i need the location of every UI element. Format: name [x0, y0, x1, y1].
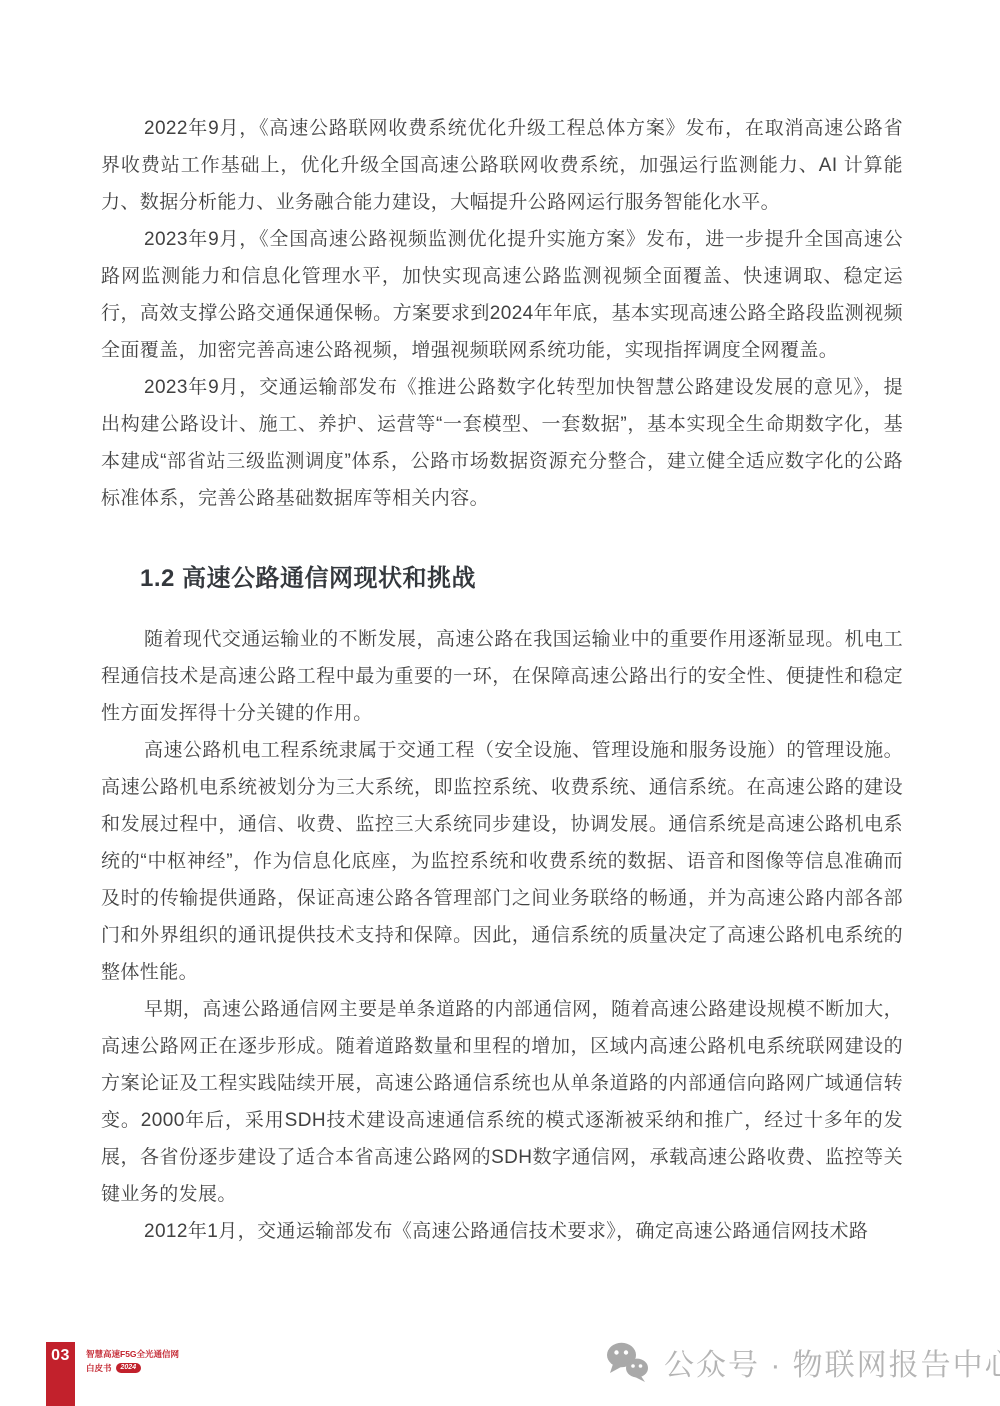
wechat-banner: 公众号 · 物联网报告中心	[606, 1340, 1000, 1384]
doc-meta: 智慧高速F5G全光通信网 白皮书 2024	[86, 1347, 179, 1375]
doc-subtitle-row: 白皮书 2024	[86, 1361, 179, 1375]
document-page: 2022年9月，《高速公路联网收费系统优化升级工程总体方案》发布，在取消高速公路…	[0, 0, 1000, 1406]
paragraph-2023-digital-transform: 2023年9月，交通运输部发布《推进公路数字化转型加快智慧公路建设发展的意见》，…	[101, 369, 903, 517]
section-heading-1-2: 1.2 高速公路通信网现状和挑战	[140, 561, 903, 597]
paragraph-network-evolution: 早期，高速公路通信网主要是单条道路的内部通信网，随着高速公路建设规模不断加大，高…	[101, 991, 903, 1213]
paragraph-2022-toll-upgrade: 2022年9月，《高速公路联网收费系统优化升级工程总体方案》发布，在取消高速公路…	[101, 110, 903, 221]
paragraph-2023-video-monitoring: 2023年9月，《全国高速公路视频监测优化提升实施方案》发布，进一步提升全国高速…	[101, 221, 903, 369]
page-number: 03	[46, 1347, 75, 1365]
page-body: 2022年9月，《高速公路联网收费系统优化升级工程总体方案》发布，在取消高速公路…	[101, 110, 903, 1250]
doc-title: 智慧高速F5G全光通信网	[86, 1347, 179, 1361]
doc-subtitle: 白皮书	[86, 1361, 112, 1375]
wechat-bubbles-icon	[606, 1342, 650, 1382]
page-number-box: 03	[46, 1342, 75, 1406]
paragraph-2012-tech-requirements: 2012年1月，交通运输部发布《高速公路通信技术要求》，确定高速公路通信网技术路	[101, 1213, 903, 1250]
year-badge: 2024	[116, 1363, 142, 1373]
wechat-account-label: 公众号 · 物联网报告中心	[664, 1340, 1000, 1384]
paragraph-mechatronic-systems: 高速公路机电工程系统隶属于交通工程（安全设施、管理设施和服务设施）的管理设施。高…	[101, 732, 903, 991]
paragraph-transport-development: 随着现代交通运输业的不断发展，高速公路在我国运输业中的重要作用逐渐显现。机电工程…	[101, 621, 903, 732]
